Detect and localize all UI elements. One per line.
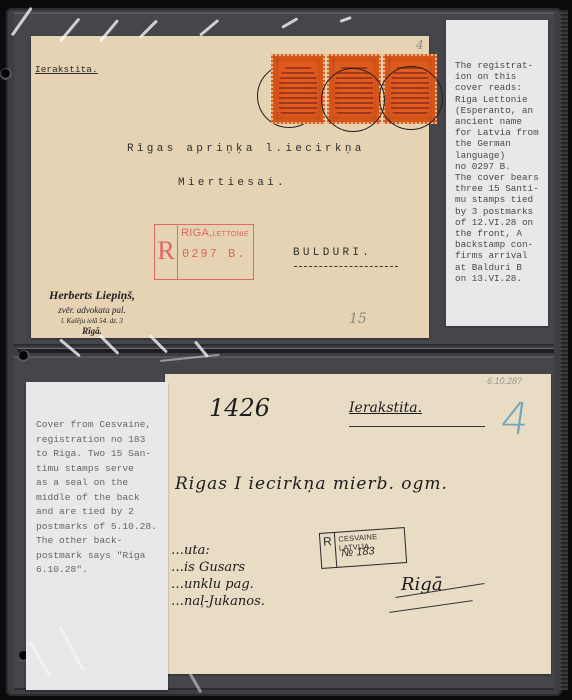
pencil-note: 15	[349, 311, 367, 327]
description-text: Cover from Cesvaine, registration no 183…	[36, 418, 168, 578]
registration-handstamp: R CESVAINE LATVIJA № 183	[319, 527, 407, 569]
registered-header: Ierakstita.	[35, 64, 98, 75]
stamp-15-santimu	[271, 54, 325, 124]
sleeve-seam	[18, 348, 554, 353]
registration-letter: R	[155, 225, 178, 279]
blue-pencil-mark: 4	[497, 394, 532, 445]
description-card-bottom: Cover from Cesvaine, registration no 183…	[26, 382, 168, 690]
registration-number: № 183	[341, 545, 375, 559]
sender-name: Herberts Liepiņš,	[37, 288, 147, 303]
handwritten-registered: Ierakstita.	[349, 400, 422, 416]
address-line-3: BULDURI.	[293, 247, 372, 259]
top-cover-envelope[interactable]: Ierakstita. 4 Rīgas apriņķa l.iecirkņa M…	[31, 36, 429, 338]
handwritten-number: 1426	[209, 394, 270, 422]
registration-number: 0297 B.	[182, 247, 246, 261]
registration-label: R RIGA,LETTONIE 0297 B.	[154, 224, 254, 280]
bottom-cover-envelope[interactable]: 6.10.28? 1426 Ierakstita. 4 Rigas I ieci…	[165, 374, 551, 674]
description-text: The registrat- ion on this cover reads: …	[455, 60, 547, 284]
postmark-icon	[321, 68, 385, 132]
sender-city: Rīgā.	[37, 326, 147, 336]
handwritten-sender: …uta: …is Gusars …unklu pag. …naļ-Jukano…	[171, 542, 265, 610]
sender-title: zvēr. advokata pal.	[37, 305, 147, 315]
album-page-edge	[560, 10, 568, 690]
registration-city: RIGA,LETTONIE	[181, 227, 249, 239]
registration-country: LETTONIE	[212, 231, 249, 238]
registration-letter: R	[320, 533, 337, 568]
description-card-top: The registrat- ion on this cover reads: …	[446, 20, 548, 326]
address-line-1: Rīgas apriņķa l.iecirkņa	[127, 143, 365, 155]
address-line-2: Miertiesai.	[178, 177, 287, 189]
pencil-date: 6.10.28?	[487, 376, 522, 386]
address-underline	[294, 266, 398, 267]
underline	[389, 600, 472, 613]
handwritten-address: Rigas I iecirkņa mierb. ogm.	[175, 474, 448, 494]
registration-city-name: RIGA,	[181, 227, 212, 239]
postmark-icon	[379, 66, 443, 130]
sender-street: l. Kalēju ielā 54. dz. 3	[37, 317, 147, 325]
binder-hole-icon	[0, 68, 12, 80]
underline	[349, 426, 485, 427]
pencil-note: 4	[416, 38, 424, 52]
binder-hole-icon	[18, 350, 30, 362]
sender-imprint: Herberts Liepiņš, zvēr. advokata pal. l.…	[37, 288, 147, 336]
